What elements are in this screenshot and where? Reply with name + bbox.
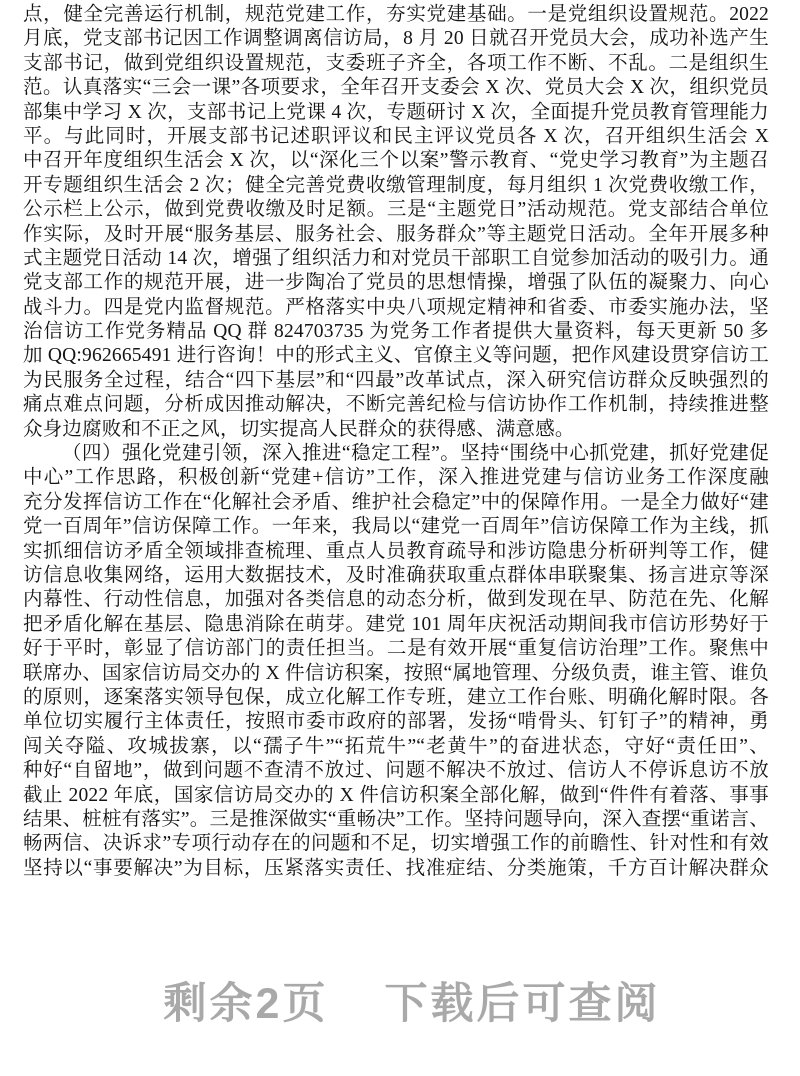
text-line: （四）强化党建引领，深入推进“稳定工程”。坚持“围绕中心抓党建，抓好党建促 xyxy=(23,442,769,466)
text-line: 作实际，及时开展“服务基层、服务社会、服务群众”等主题党日活动。全年开展多种形 xyxy=(23,223,769,247)
text-line: 中召开年度组织生活会 X 次，以“深化三个以案”警示教育、“党史学习教育”为主题… xyxy=(23,149,769,173)
text-line: 支部书记，做到党组织设置规范，支委班子齐全，各项工作不断、不乱。二是组织生活规 xyxy=(23,52,769,76)
text-line: 点，健全完善运行机制，规范党建工作，夯实党建基础。一是党组织设置规范。2022 … xyxy=(23,3,769,27)
text-line: 中心”工作思路，积极创新“党建+信访”工作，深入推进党建与信访业务工作深度融合， xyxy=(23,466,769,490)
text-line: 结果、桩桩有落实”。三是推深做实“重畅决”工作。坚持问题导向，深入查摆“重诺言、 xyxy=(23,808,769,832)
text-line: 充分发挥信访工作在“化解社会矛盾、维护社会稳定”中的保障作用。一是全力做好“建 xyxy=(23,491,769,515)
text-line: 截止 2022 年底，国家信访局交办的 X 件信访积案全部化解，做到“件件有着落… xyxy=(23,784,769,808)
text-line: 的原则，逐案落实领导包保，成立化解工作专班，建立工作台账、明确化解时限。各相关 xyxy=(23,686,769,710)
text-line: 好于平时，彰显了信访部门的责任担当。二是有效开展“重复信访治理”工作。聚焦中央 xyxy=(23,637,769,661)
document-page: 点，健全完善运行机制，规范党建工作，夯实党建基础。一是党组织设置规范。2022 … xyxy=(0,0,800,1076)
text-line: 联席办、国家信访局交办的 X 件信访积案，按照“属地管理、分级负责，谁主管、谁负… xyxy=(23,662,769,686)
text-line: 治信访工作党务精品 QQ 群 824703735 为党务工作者提供大量资料，每天… xyxy=(23,320,769,344)
text-line: 式主题党日活动 14 次，增强了组织活力和对党员干部职工自觉参加活动的吸引力。通… xyxy=(23,247,769,271)
text-line: 实抓细信访矛盾全领域排查梳理、重点人员教育疏导和涉访隐患分析研判等工作，健全涉 xyxy=(23,540,769,564)
document-body-text: 点，健全完善运行机制，规范党建工作，夯实党建基础。一是党组织设置规范。2022 … xyxy=(23,3,769,881)
text-line: 范。认真落实“三会一课”各项要求，全年召开支委会 X 次、党员大会 X 次，组织… xyxy=(23,76,769,100)
text-line: 为民服务全过程，结合“四下基层”和“四最”改革试点，深入研究信访群众反映强烈的 xyxy=(23,369,769,393)
text-line: 众身边腐败和不正之风，切实提高人民群众的获得感、满意感。 xyxy=(23,418,769,442)
text-line: 部集中学习 X 次，支部书记上党课 4 次，专题研讨 X 次，全面提升党员教育管… xyxy=(23,101,769,125)
text-line: 战斗力。四是党内监督规范。严格落实中央八项规定精神和省委、市委实施办法，坚决整 xyxy=(23,296,769,320)
text-line: 畅两信、决诉求”专项行动存在的问题和不足，切实增强工作的前瞻性、针对性和有效性。 xyxy=(23,832,769,856)
text-line: 党一百周年”信访保障工作。一年来，我局以“建党一百周年”信访保障工作为主线，抓 xyxy=(23,515,769,539)
text-line: 党支部工作的规范开展，进一步陶冶了党员的思想情操，增强了队伍的凝聚力、向心力和 xyxy=(23,271,769,295)
text-line: 开专题组织生活会 2 次；健全完善党费收缴管理制度，每月组织 1 次党费收缴工作… xyxy=(23,174,769,198)
text-line: 访信息收集网络，运用大数据技术，及时准确获取重点群体串联聚集、扬言进京等深层次、 xyxy=(23,564,769,588)
text-line: 加 QQ:962665491 进行咨询！中的形式主义、官僚主义等问题，把作风建设… xyxy=(23,344,769,368)
text-line: 闯关夺隘、攻城拔寨，以“孺子牛”“拓荒牛”“老黄牛”的奋进状态，守好“责任田”、 xyxy=(23,735,769,759)
text-line: 内幕性、行动性信息，加强对各类信息的动态分析，做到发现在早、防范在先、化解在小， xyxy=(23,588,769,612)
text-line: 月底，党支部书记因工作调整调离信访局，8 月 20 日就召开党员大会，成功补选产… xyxy=(23,27,769,51)
text-line: 公示栏上公示，做到党费收缴及时足额。三是“主题党日”活动规范。党支部结合单位工 xyxy=(23,198,769,222)
text-line: 痛点难点问题，分析成因推动解决，不断完善纪检与信访协作工作机制，持续推进整治群 xyxy=(23,393,769,417)
download-hint-text: 下载后可查阅 xyxy=(384,970,660,1031)
text-line: 种好“自留地”，做到问题不查清不放过、问题不解决不放过、信访人不停诉息访不放过。 xyxy=(23,759,769,783)
text-line: 坚持以“事要解决”为目标，压紧落实责任、找准症结、分类施策，千方百计解决群众的 xyxy=(23,857,769,881)
text-line: 把矛盾化解在基层、隐患消除在萌芽。建党 101 周年庆祝活动期间我市信访形势好于… xyxy=(23,613,769,637)
text-line: 单位切实履行主体责任，按照市委市政府的部署，发扬“啃骨头、钉钉子”的精神，勇于 xyxy=(23,710,769,734)
pages-remaining-text: 剩余2页 xyxy=(164,970,329,1031)
pages-remaining-banner: 剩余2页 下载后可查阅 xyxy=(12,962,800,1038)
text-line: 平。与此同时，开展支部书记述职评议和民主评议党员各 X 次，召开组织生活会 X … xyxy=(23,125,769,149)
